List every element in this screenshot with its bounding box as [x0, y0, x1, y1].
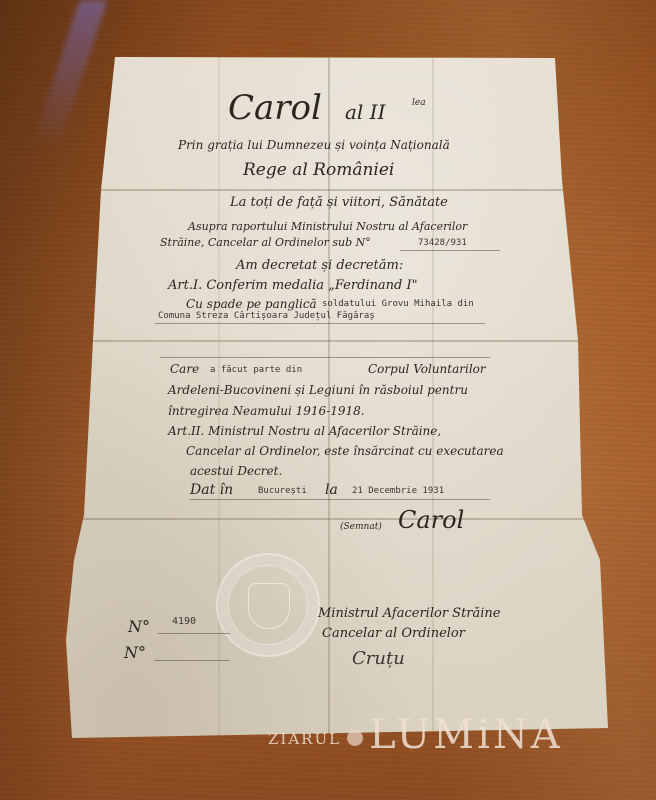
- report-number-rule: [400, 250, 500, 251]
- decree-phrase: Am decretat și decretăm:: [236, 258, 403, 273]
- monarch-name: Carol: [228, 88, 322, 128]
- service-care: Care: [170, 362, 199, 376]
- fold-line: [90, 340, 580, 342]
- art2-line-3: acestui Decret.: [190, 464, 282, 478]
- watermark-lumina: LUMiNA: [369, 712, 563, 758]
- dated-rule: [190, 499, 490, 500]
- service-typed: a făcut parte din: [210, 365, 302, 375]
- recipient-locality: Comuna Streza Cârtișoara Județul Făgăraș: [158, 311, 375, 321]
- minister-title-1: Ministrul Afacerilor Străine: [318, 606, 501, 621]
- service-line-2: Ardeleni-Bucovineni și Legiuni în răsboi…: [168, 383, 468, 397]
- dated-la: la: [325, 482, 338, 498]
- preamble-line-1: Asupra raportului Ministrului Nostru al …: [188, 220, 467, 233]
- number-value-1: 4190: [172, 616, 196, 627]
- regnal-suffix: lea: [412, 98, 426, 108]
- fold-line: [218, 57, 220, 737]
- report-number: 73428/931: [418, 238, 467, 248]
- service-top-rule: [160, 357, 490, 358]
- art2-line-2: Cancelar al Ordinelor, este însărcinat c…: [186, 444, 504, 458]
- art2-line-1: Art.II. Ministrul Nostru al Afacerilor S…: [168, 424, 441, 438]
- service-corps: Corpul Voluntarilor: [368, 362, 486, 376]
- fold-line: [80, 518, 590, 520]
- number-label-1: N°: [128, 617, 150, 636]
- heading-grace: Prin grația lui Dumnezeu și voința Națio…: [178, 138, 450, 152]
- minister-signature: Cruțu: [352, 648, 405, 669]
- heading-greeting: La toți de față și viitori, Sănătate: [230, 195, 448, 210]
- minister-title-2: Cancelar al Ordinelor: [322, 626, 465, 641]
- art1-swords: Cu spade pe panglică: [186, 297, 317, 311]
- dated-date: 21 Decembrie 1931: [352, 486, 444, 496]
- preamble-line-2: Străine, Cancelar al Ordinelor sub N°: [160, 236, 371, 249]
- fold-line: [95, 189, 565, 191]
- service-line-3: întregirea Neamului 1916-1918.: [168, 404, 365, 418]
- recipient-name: soldatului Grovu Mihaila din: [322, 299, 474, 309]
- newspaper-watermark: ZIARULLUMiNA: [268, 712, 563, 758]
- watermark-ziarul: ZIARUL: [268, 730, 341, 748]
- coat-of-arms-emboss: [248, 583, 290, 629]
- dated-label: Dat în: [190, 482, 233, 498]
- king-signature: Carol: [398, 506, 464, 534]
- locality-rule: [155, 323, 485, 324]
- semnat-label: (Semnat): [340, 522, 382, 532]
- heading-king: Rege al României: [243, 160, 394, 180]
- number-rule-2: [154, 660, 230, 661]
- number-rule-1: [158, 633, 230, 634]
- emblem-icon: [347, 730, 363, 746]
- dated-place: București: [258, 486, 307, 496]
- art1-medal: Art.I. Conferim medalia „Ferdinand I": [168, 278, 418, 293]
- number-label-2: N°: [124, 643, 146, 662]
- embossed-seal: [216, 553, 320, 657]
- regnal-number: al II: [345, 100, 385, 124]
